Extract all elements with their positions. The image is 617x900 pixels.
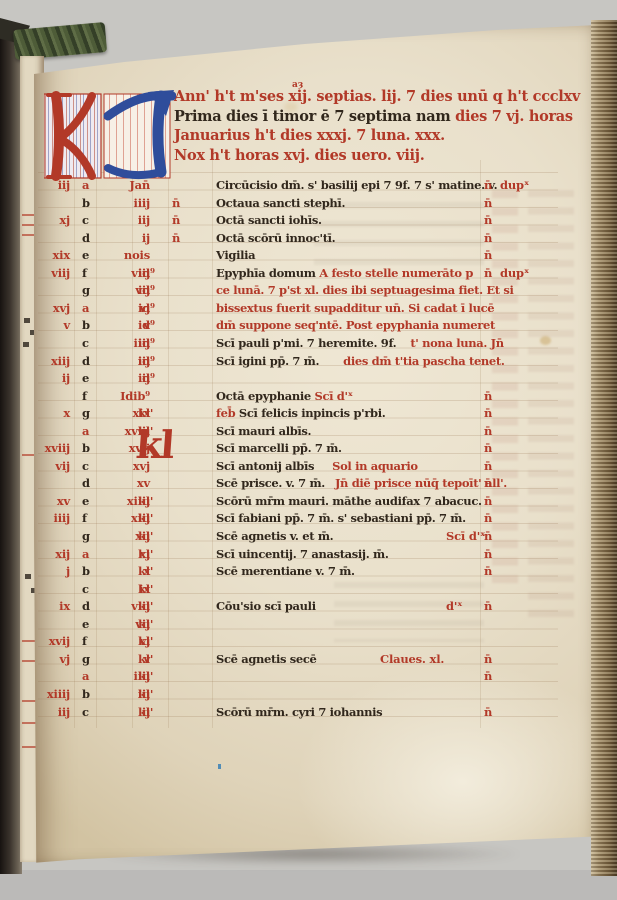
table-surface	[0, 870, 617, 900]
calendar-row: vbvid⁹dm̄ suppone seq'ntē. Post epyphani…	[34, 318, 598, 336]
golden-number: ix	[34, 599, 70, 613]
dominical-letter: f	[82, 634, 98, 648]
page-content: aȝ m̄ Ann' h't m'ses xij. septias. lij. …	[34, 22, 598, 866]
dominical-letter: e	[82, 494, 98, 508]
kalends-label: kl'	[138, 669, 153, 683]
feast-entry: Vigilia	[216, 248, 255, 262]
dominical-letter: a	[82, 669, 98, 683]
nocturn-mark: n̄	[484, 266, 492, 280]
text-segment: Nox h't horas xvj. dies uero. viij.	[174, 147, 424, 164]
header-verse: Ann' h't m'ses xij. septias. lij. 7 dies…	[174, 88, 594, 166]
dominical-letter: b	[82, 196, 98, 210]
feast-entry: Scī antonij albīsSol in aquario	[216, 459, 418, 473]
calendar-row: biiijn̄Octaua sancti stephī.n̄	[34, 196, 598, 214]
calendar-row: fIdib⁹Octā epyphanie Scī d'ˣn̄	[34, 389, 598, 407]
calendar-row: dijn̄Octā scōrū innoc'tī.n̄	[34, 231, 598, 249]
calendar-row: dxvScē prisce. v. 7 m̄.Jn̄ diē prisce nū…	[34, 476, 598, 494]
text-segment: Prima dies ī timor ē 7 septima nam	[174, 108, 450, 125]
kl-initial	[44, 88, 176, 182]
prev-page-note	[24, 318, 30, 323]
calendar-row: xixenoisVigilian̄	[34, 248, 598, 266]
dominical-letter: b	[82, 318, 98, 332]
prev-page-red-mark	[22, 700, 37, 702]
dominical-letter: g	[82, 283, 98, 297]
text-segment: Ann' h't m'ses xij. septias. lij. 7 dies…	[174, 88, 580, 105]
text-segment: Scōrū mr̄m mauri. māthe audifax 7 abacuc…	[216, 494, 482, 508]
kalends-label: id⁹	[138, 266, 155, 280]
dominical-letter: b	[82, 441, 98, 455]
calendar-row: iijaJan̄Circūcisio dm̄. s' basilij epi 7…	[34, 178, 598, 196]
calendar-row: jbxkl'Scē merentiane v. 7 m̄.n̄	[34, 564, 598, 582]
calendar-row: xvjavjid⁹bissextus fuerit supadditur un̄…	[34, 301, 598, 319]
golden-number: xvj	[34, 301, 70, 315]
dominical-letter: d	[82, 476, 98, 490]
nocturn-mark: n̄	[484, 547, 492, 561]
kalends-label: kl'	[138, 529, 153, 543]
prev-page-red-mark	[22, 722, 37, 724]
margin-note: Scī d'ˣ	[446, 529, 485, 543]
dominical-letter: c	[82, 582, 98, 596]
kalends-label: id⁹	[138, 301, 155, 315]
feast-entry: Scī igini pp̄. 7 m̄.dies dm̄ t'tia pasch…	[216, 354, 505, 368]
kalends-label: id⁹	[138, 354, 155, 368]
text-segment: Scī mauri albīs.	[216, 424, 311, 438]
margin-note: d'ˣ	[446, 599, 462, 613]
golden-number: vj	[34, 652, 70, 666]
text-segment: Sol in aquario	[332, 459, 418, 473]
dominical-letter: e	[82, 617, 98, 631]
kalends-label: kl'	[138, 634, 153, 648]
text-segment: dies 7 vj. horas	[450, 108, 572, 125]
text-segment: Octā scōrū innoc'tī.	[216, 231, 335, 245]
text-segment: Scī pauli p'mi. 7 heremite. 9f.	[216, 336, 396, 350]
feast-entry: Octā sancti iohīs.	[216, 213, 322, 227]
dominical-letter: e	[82, 248, 98, 262]
dominical-letter: f	[82, 266, 98, 280]
nocturn-mark: n̄	[484, 494, 492, 508]
feast-entry: Scē prisce. v. 7 m̄.Jn̄ diē prisce nūq̄ …	[216, 476, 507, 490]
calendar-row: xviijbxvijScī marcelli pp̄. 7 m̄.n̄	[34, 441, 598, 459]
text-segment: dies dm̄ t'tia pascha tenet.	[343, 354, 504, 368]
calendar-row: gvijid⁹ce lunā. 7 p'st xl. dies ibi sept…	[34, 283, 598, 301]
calendar-row: vjgvkl'Scē agnetis secēClaues. xl.n̄	[34, 652, 598, 670]
feast-entry: ce lunā. 7 p'st xl. dies ibi septuagesim…	[216, 283, 514, 297]
calendar-table: iijaJan̄Circūcisio dm̄. s' basilij epi 7…	[34, 178, 598, 738]
text-segment: Octā sancti iohīs.	[216, 213, 322, 227]
big-kl-ligature: kl	[135, 426, 174, 464]
dominical-letter: b	[82, 687, 98, 701]
golden-number: j	[34, 564, 70, 578]
feast-entry: Scī mauri albīs.	[216, 424, 311, 438]
text-segment: A festo stelle numerāto p	[319, 266, 473, 280]
day-number: ij	[98, 231, 150, 245]
feast-entry: Scē merentiane v. 7 m̄.	[216, 564, 355, 578]
dominical-letter: c	[82, 705, 98, 719]
text-segment: Epyphīa domum	[216, 266, 319, 280]
text-segment: bissextus fuerit supadditur un̄. Si cada…	[216, 301, 494, 315]
header-line: Januarius h't dies xxxj. 7 luna. xxx.	[174, 127, 594, 147]
golden-number: xix	[34, 248, 70, 262]
golden-number: x	[34, 406, 70, 420]
day-number: Idib⁹	[98, 389, 150, 403]
text-segment: Octaua sancti stephī.	[216, 196, 345, 210]
text-segment: Scī marcelli pp̄. 7 m̄.	[216, 441, 342, 455]
feast-entry: Scē agnetis secē	[216, 652, 316, 666]
feast-entry: Scī marcelli pp̄. 7 m̄.	[216, 441, 342, 455]
text-segment: Cōu'sio scī pauli	[216, 599, 316, 613]
calendar-row: xvijfvjkl'	[34, 634, 598, 652]
text-segment: Octā epyphanie	[216, 389, 314, 403]
dominical-letter: a	[82, 547, 98, 561]
text-segment: t' nona luna. Jn̄	[410, 336, 503, 350]
dominical-letter: f	[82, 389, 98, 403]
golden-number: viij	[34, 266, 70, 280]
dominical-letter: e	[82, 371, 98, 385]
golden-number: iij	[34, 705, 70, 719]
dominical-letter: f	[82, 511, 98, 525]
feast-entry: Epyphīa domum A festo stelle numerāto p	[216, 266, 473, 280]
text-segment: feb̄	[216, 406, 239, 420]
dominical-letter: a	[82, 178, 98, 192]
blue-ink-speck	[218, 764, 221, 769]
prev-page-red-mark	[22, 640, 37, 642]
nocturn-mark: n̄	[484, 564, 492, 578]
header-line: Ann' h't m'ses xij. septias. lij. 7 dies…	[174, 88, 594, 108]
calendar-row: ixdviijkl'Cōu'sio scī paulid'ˣn̄	[34, 599, 598, 617]
kalends-label: n̄	[172, 196, 180, 210]
kalends-label: n̄	[172, 213, 180, 227]
kalends-label: id⁹	[138, 371, 155, 385]
text-segment: Scī felicis inpincis p'rbi.	[239, 406, 385, 420]
day-number: nois	[98, 248, 150, 262]
nocturn-mark: n̄	[484, 476, 492, 490]
text-segment: Vigilia	[216, 248, 255, 262]
book-spine	[0, 24, 22, 874]
nocturn-mark: n̄	[484, 248, 492, 262]
text-segment: Jn̄ diē prisce nūq̄ tepoīt' all'.	[335, 476, 507, 490]
kalends-label: kl'	[138, 582, 153, 596]
day-number: iij	[98, 213, 150, 227]
golden-number: xviij	[34, 441, 70, 455]
nocturn-mark: n̄	[484, 424, 492, 438]
text-segment: Scī uincentij. 7 anastasij. m̄.	[216, 547, 389, 561]
prev-page-red-mark	[22, 746, 37, 748]
dominical-letter: g	[82, 529, 98, 543]
calendar-row: xvexiiijkl'Scōrū mr̄m mauri. māthe audif…	[34, 494, 598, 512]
text-segment: Scē merentiane v. 7 m̄.	[216, 564, 355, 578]
day-number: Jan̄	[98, 178, 150, 192]
golden-number: xiij	[34, 354, 70, 368]
text-segment: Scōrū mr̄m. cyri 7 iohannis	[216, 705, 382, 719]
kalends-label: kl'	[138, 547, 153, 561]
nocturn-mark: n̄	[484, 196, 492, 210]
kalends-label: kl'	[138, 599, 153, 613]
calendar-row: viijfviijid⁹Epyphīa domum A festo stelle…	[34, 266, 598, 284]
day-number: xv	[98, 476, 150, 490]
feast-entry: Octā epyphanie Scī d'ˣ	[216, 389, 353, 403]
calendar-row: xiijdiijid⁹Scī igini pp̄. 7 m̄.dies dm̄ …	[34, 354, 598, 372]
dominical-letter: d	[82, 354, 98, 368]
calendar-row: xiiijbiijkl'	[34, 687, 598, 705]
feast-entry: bissextus fuerit supadditur un̄. Si cada…	[216, 301, 494, 315]
dominical-letter: g	[82, 406, 98, 420]
dominical-letter: a	[82, 424, 98, 438]
golden-number: ij	[34, 371, 70, 385]
dominical-letter: g	[82, 652, 98, 666]
kalends-label: kl'	[138, 511, 153, 525]
golden-number: xiiij	[34, 687, 70, 701]
calendar-row: xjciijn̄Octā sancti iohīs.n̄	[34, 213, 598, 231]
golden-number: iij	[34, 178, 70, 192]
dominical-letter: d	[82, 231, 98, 245]
prev-page-red-mark	[22, 660, 37, 662]
kalends-label: kl'	[138, 652, 153, 666]
fore-edge[interactable]	[591, 20, 617, 876]
nocturn-mark: n̄	[484, 406, 492, 420]
calendar-row: aiiijkl'n̄	[34, 669, 598, 687]
text-segment: Scī fabiani pp̄. 7 m̄. s' sebastiani pp̄…	[216, 511, 466, 525]
text-segment: Scī igini pp̄. 7 m̄.	[216, 354, 319, 368]
feast-entry: Scī pauli p'mi. 7 heremite. 9f.t' nona l…	[216, 336, 504, 350]
calendar-row: ijeijid⁹	[34, 371, 598, 389]
kalends-label: kl'	[138, 705, 153, 719]
kalends-label: id⁹	[138, 318, 155, 332]
kalends-label: kl'	[138, 687, 153, 701]
text-segment: Circūcisio dm̄. s' basilij epi 7 9f. 7 s…	[216, 178, 497, 192]
nocturn-mark: n̄	[484, 389, 492, 403]
feast-entry: Octaua sancti stephī.	[216, 196, 345, 210]
nocturn-mark: n̄	[484, 213, 492, 227]
text-segment: Scī antonij albīs	[216, 459, 314, 473]
kalends-label: kl'	[138, 494, 153, 508]
calendar-row: evijkl'	[34, 617, 598, 635]
dominical-letter: c	[82, 213, 98, 227]
nocturn-mark: n̄	[484, 231, 492, 245]
fore-edge-streaks	[591, 20, 617, 876]
feast-entry: feb̄ Scī felicis inpincis p'rbi.	[216, 406, 385, 420]
dominical-letter: b	[82, 564, 98, 578]
kalends-label: kl'	[138, 564, 153, 578]
feast-entry: Scē agnetis v. et m̄.	[216, 529, 333, 543]
duplex-mark: dupˣ	[500, 178, 529, 192]
calendar-row: axviijkl'Scī mauri albīs.n̄	[34, 424, 598, 442]
nocturn-mark: n̄	[484, 511, 492, 525]
golden-number: xvij	[34, 634, 70, 648]
calendar-row: iiijfxiijkl'Scī fabiani pp̄. 7 m̄. s' se…	[34, 511, 598, 529]
nocturn-mark: n̄	[484, 441, 492, 455]
parchment-page[interactable]: aȝ m̄ Ann' h't m'ses xij. septias. lij. …	[34, 22, 598, 866]
prev-page-note	[23, 342, 29, 347]
kalends-label: kl'	[138, 406, 153, 420]
kalends-label: id⁹	[138, 283, 155, 297]
calendar-row: ciiijid⁹Scī pauli p'mi. 7 heremite. 9f.t…	[34, 336, 598, 354]
feast-entry: Scī uincentij. 7 anastasij. m̄.	[216, 547, 389, 561]
text-segment: Scī d'ˣ	[314, 389, 352, 403]
nocturn-mark: n̄	[484, 669, 492, 683]
golden-number: v	[34, 318, 70, 332]
text-segment: ce lunā. 7 p'st xl. dies ibi septuagesim…	[216, 283, 514, 297]
nocturn-mark: n̄	[484, 529, 492, 543]
calendar-row: cixkl'	[34, 582, 598, 600]
text-segment: dm̄ suppone seq'ntē. Post epyphania nume…	[216, 318, 495, 332]
feast-entry: Cōu'sio scī pauli	[216, 599, 316, 613]
nocturn-mark: n̄	[484, 652, 492, 666]
calendar-row: xijaxjkl'Scī uincentij. 7 anastasij. m̄.…	[34, 547, 598, 565]
kalends-label: id⁹	[138, 336, 155, 350]
golden-number: xj	[34, 213, 70, 227]
golden-number: iiij	[34, 511, 70, 525]
feast-entry: Circūcisio dm̄. s' basilij epi 7 9f. 7 s…	[216, 178, 497, 192]
duplex-mark: dupˣ	[500, 266, 529, 280]
text-segment: Scē agnetis secē	[216, 652, 316, 666]
nocturn-mark: n̄	[484, 459, 492, 473]
kalends-label: kl'	[138, 617, 153, 631]
calendar-row: iijcijkl'Scōrū mr̄m. cyri 7 iohannisn̄	[34, 705, 598, 723]
calendar-row: gxijkl'Scē agnetis v. et m̄.Scī d'ˣn̄	[34, 529, 598, 547]
feast-entry: Scī fabiani pp̄. 7 m̄. s' sebastiani pp̄…	[216, 511, 466, 525]
prev-page-note	[25, 574, 31, 579]
feast-entry: Scōrū mr̄m mauri. māthe audifax 7 abacuc…	[216, 494, 482, 508]
margin-note: Claues. xl.	[380, 652, 444, 666]
golden-number: xv	[34, 494, 70, 508]
day-number: iiij	[98, 196, 150, 210]
nocturn-mark: n̄	[484, 599, 492, 613]
feast-entry: Scōrū mr̄m. cyri 7 iohannis	[216, 705, 382, 719]
calendar-row: vijcxvjScī antonij albīsSol in aquarion̄	[34, 459, 598, 477]
text-segment: Scē prisce. v. 7 m̄.	[216, 476, 325, 490]
nocturn-mark: n̄	[484, 178, 492, 192]
dominical-letter: a	[82, 301, 98, 315]
text-segment: Januarius h't dies xxxj. 7 luna. xxx.	[174, 127, 445, 144]
golden-number: vij	[34, 459, 70, 473]
feast-entry: dm̄ suppone seq'ntē. Post epyphania nume…	[216, 318, 495, 332]
dominical-letter: c	[82, 459, 98, 473]
header-line: Prima dies ī timor ē 7 septima nam dies …	[174, 108, 594, 128]
text-segment: Scē agnetis v. et m̄.	[216, 529, 333, 543]
header-line: Nox h't horas xvj. dies uero. viij.	[174, 147, 594, 167]
dominical-letter: c	[82, 336, 98, 350]
golden-number: xij	[34, 547, 70, 561]
dominical-letter: d	[82, 599, 98, 613]
kalends-label: n̄	[172, 231, 180, 245]
feast-entry: Octā scōrū innoc'tī.	[216, 231, 335, 245]
nocturn-mark: n̄	[484, 705, 492, 719]
manuscript-photo: aȝ m̄ Ann' h't m'ses xij. septias. lij. …	[0, 0, 617, 900]
calendar-row: xgxixkl'feb̄ Scī felicis inpincis p'rbi.…	[34, 406, 598, 424]
